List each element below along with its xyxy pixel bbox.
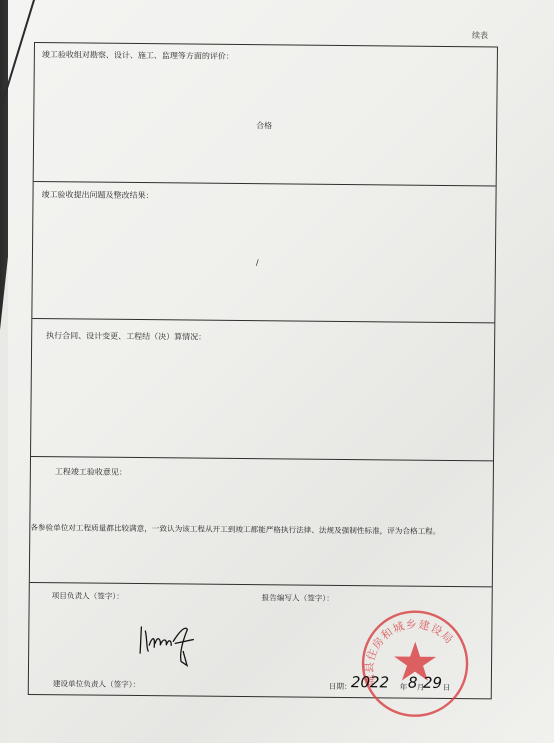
year-char: 年 [400, 682, 408, 693]
section-label: 执行合同、设计变更、工程结（决）算情况： [46, 330, 206, 343]
section-label: 竣工验收提出问题及整改结果： [41, 189, 153, 201]
acceptance-form: 竣工验收组对勘察、设计、施工、监理等方面的评价： 合格 竣工验收提出问题及整改结… [28, 42, 498, 699]
section-issues: 竣工验收提出问题及整改结果： / [32, 181, 495, 323]
handwritten-signature [137, 621, 199, 668]
project-leader-label: 项目负责人（签字）： [52, 590, 124, 602]
day-char: 日 [443, 682, 451, 693]
continued-label: 续表 [472, 30, 488, 41]
section-evaluation: 竣工验收组对勘察、设计、施工、监理等方面的评价： 合格 [34, 43, 497, 186]
report-writer-label: 报告编写人（签字）： [262, 592, 334, 604]
official-seal: 城县住房和城乡建设局 [359, 607, 472, 720]
section-signatures: 项目负责人（签字）： 报告编写人（签字）： 城县住房和城乡建设局 建设单位负责人… [29, 582, 492, 700]
evaluation-result: 合格 [256, 120, 272, 131]
date-year: 2022 [351, 673, 389, 691]
date-day: 29 [423, 674, 442, 692]
issues-result: / [256, 258, 259, 267]
acceptance-opinion: 各参验单位对工程质量都比较满意，一致认为该工程从开工到竣工都能严格执行法律、法规… [30, 523, 486, 536]
section-opinion: 工程竣工验收意见： 各参验单位对工程质量都比较满意，一致认为该工程从开工到竣工都… [30, 456, 493, 587]
section-contract: 执行合同、设计变更、工程结（决）算情况： [31, 318, 494, 461]
section-label: 竣工验收组对勘察、设计、施工、监理等方面的评价： [42, 49, 234, 62]
section-label: 工程竣工验收意见： [55, 466, 127, 478]
builder-leader-label: 建设单位负责人（签字）： [53, 678, 140, 690]
date-label: 日期： [329, 681, 352, 692]
